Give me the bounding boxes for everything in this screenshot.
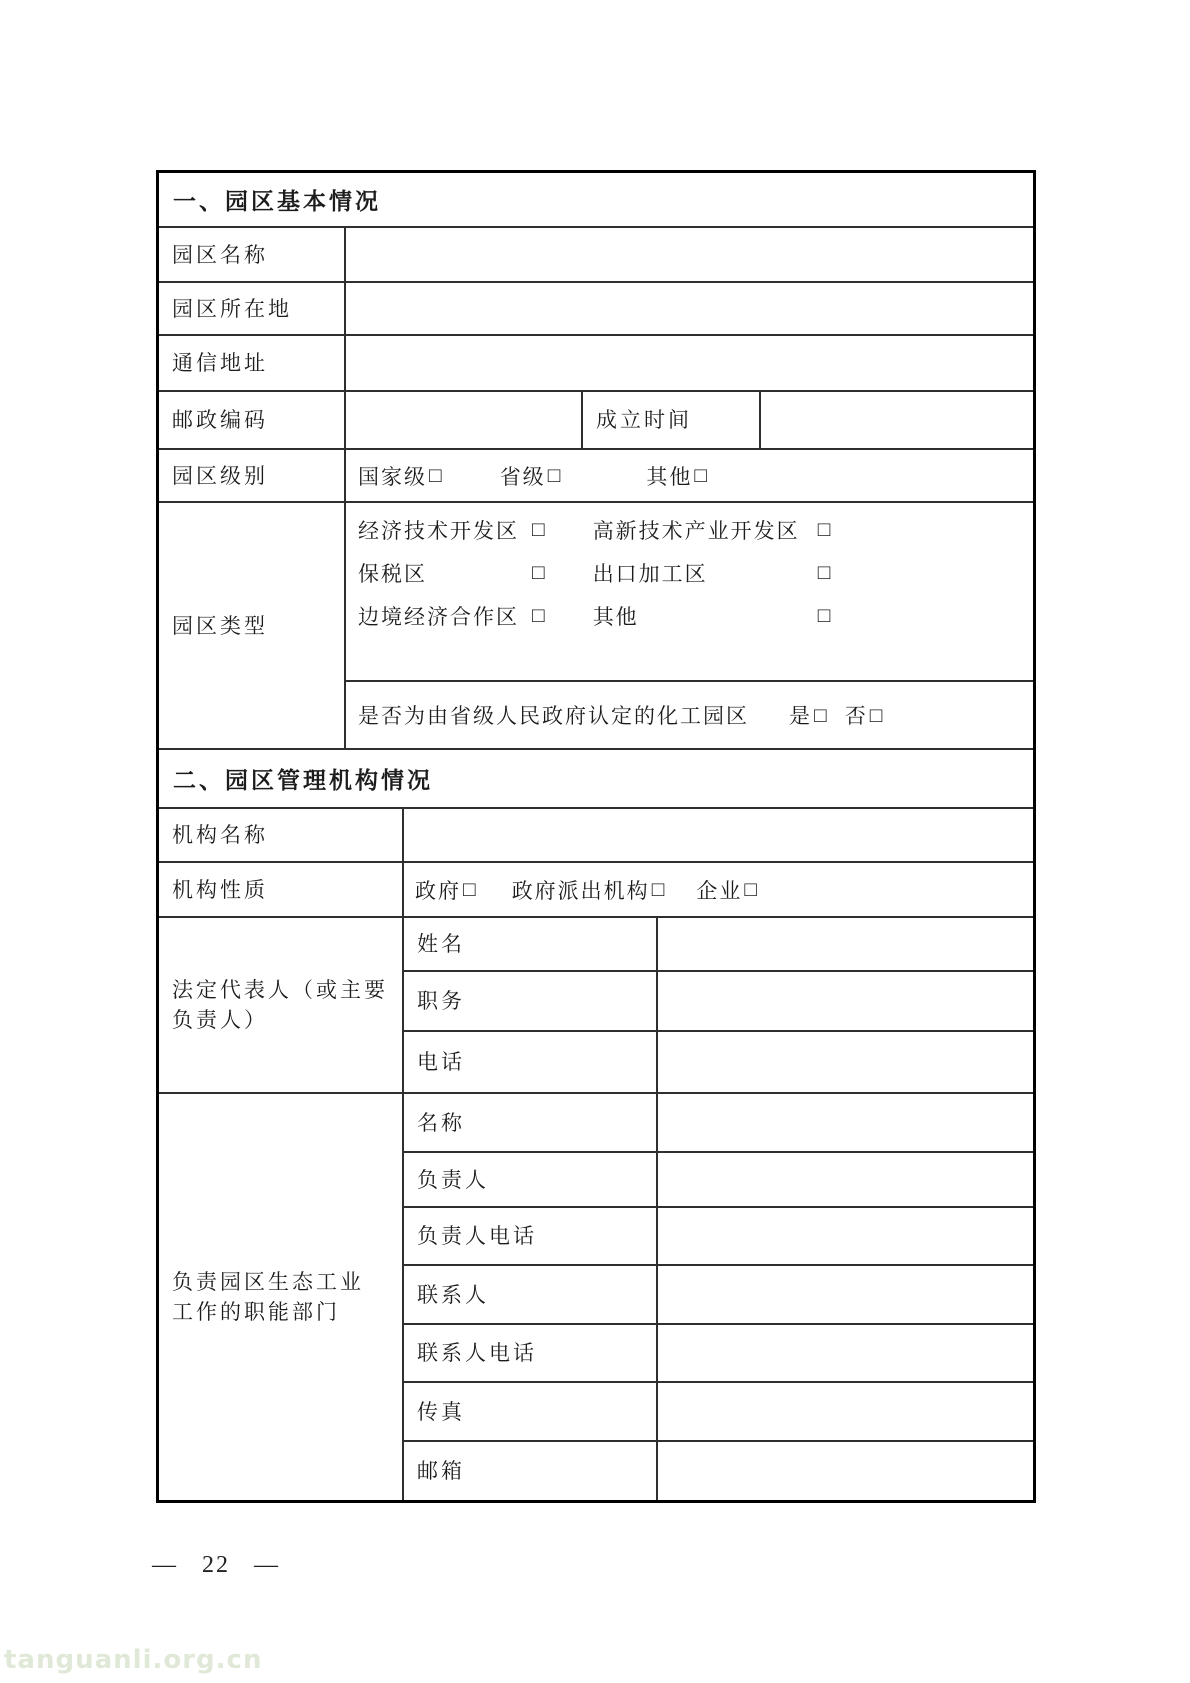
subrow-dept-name: 名称 — [404, 1094, 1033, 1153]
input-established-date[interactable] — [761, 392, 1033, 448]
subrow-dept-contact: 联系人 — [404, 1266, 1033, 1325]
label-dept-fax: 传真 — [404, 1383, 658, 1440]
row-park-location: 园区所在地 — [159, 283, 1033, 336]
label-park-type: 园区类型 — [159, 503, 346, 748]
label-park-location: 园区所在地 — [159, 283, 346, 334]
subrow-dept-head-phone: 负责人电话 — [404, 1208, 1033, 1266]
park-type-line-1: 经济技术开发区□ 高新技术产业开发区□ — [346, 508, 1033, 551]
park-type-line-2: 保税区□ 出口加工区□ — [346, 551, 1033, 594]
subrow-dept-email: 邮箱 — [404, 1442, 1033, 1500]
option-label: 政府 — [415, 875, 461, 905]
checkbox-option-national[interactable]: 国家级□ — [358, 461, 442, 491]
input-park-name[interactable] — [346, 228, 1033, 281]
label-rep-phone: 电话 — [404, 1032, 658, 1092]
checkbox-icon[interactable]: □ — [652, 877, 665, 902]
checkbox-icon[interactable]: □ — [744, 877, 757, 902]
label-org-nature: 机构性质 — [159, 863, 404, 916]
option-label: 出口加工区 — [593, 558, 816, 588]
row-park-name: 园区名称 — [159, 228, 1033, 283]
row-postal-address: 通信地址 — [159, 336, 1033, 392]
subrow-rep-phone: 电话 — [404, 1032, 1033, 1092]
checkbox-icon[interactable]: □ — [818, 517, 831, 542]
park-type-checkbox-area: 经济技术开发区□ 高新技术产业开发区□ 保税区□ 出口加工区□ 边境经济合作区□… — [346, 503, 1033, 682]
input-park-location[interactable] — [346, 283, 1033, 334]
checkbox-icon[interactable]: □ — [463, 877, 476, 902]
row-park-type: 园区类型 经济技术开发区□ 高新技术产业开发区□ 保税区□ 出口加工区□ 边境经… — [159, 503, 1033, 750]
checkbox-icon[interactable]: □ — [548, 463, 561, 488]
checkbox-icon[interactable]: □ — [532, 517, 545, 542]
label-park-name: 园区名称 — [159, 228, 346, 281]
park-type-options: 经济技术开发区□ 高新技术产业开发区□ 保税区□ 出口加工区□ 边境经济合作区□… — [346, 503, 1033, 748]
input-dept-head[interactable] — [658, 1153, 1033, 1206]
input-postal-address[interactable] — [346, 336, 1033, 390]
checkbox-option-enterprise[interactable]: 企业□ — [696, 875, 757, 905]
checkbox-icon[interactable]: □ — [532, 603, 545, 628]
checkbox-option-other-level[interactable]: 其他□ — [646, 461, 707, 491]
subrow-rep-title: 职务 — [404, 972, 1033, 1031]
label-postal-code: 邮政编码 — [159, 392, 346, 448]
subrow-dept-head: 负责人 — [404, 1153, 1033, 1208]
row-park-level: 园区级别 国家级□ 省级□ 其他□ — [159, 450, 1033, 503]
label-dept-name: 名称 — [404, 1094, 658, 1151]
label-text: 法定代表人（或主要负责人） — [172, 975, 400, 1035]
option-label: 其他 — [593, 601, 816, 631]
subrow-dept-fax: 传真 — [404, 1383, 1033, 1442]
label-rep-title: 职务 — [404, 972, 658, 1029]
option-label: 是 — [789, 700, 812, 730]
label-dept-contact: 联系人 — [404, 1266, 658, 1323]
row-legal-rep: 法定代表人（或主要负责人） 姓名 职务 电话 — [159, 918, 1033, 1094]
checkbox-icon[interactable]: □ — [818, 560, 831, 585]
input-postal-code[interactable] — [346, 392, 583, 448]
label-established-date: 成立时间 — [583, 392, 761, 448]
input-dept-fax[interactable] — [658, 1383, 1033, 1440]
checkbox-icon[interactable]: □ — [870, 703, 883, 728]
checkbox-icon[interactable]: □ — [818, 603, 831, 628]
input-dept-email[interactable] — [658, 1442, 1033, 1500]
option-label: 保税区 — [358, 558, 530, 588]
watermark: tanguanli.org.cn — [4, 1645, 262, 1675]
option-label: 经济技术开发区 — [358, 515, 530, 545]
label-text: 负责园区生态工业工作的职能部门 — [172, 1267, 374, 1327]
label-park-level: 园区级别 — [159, 450, 346, 501]
chemical-park-question: 是否为由省级人民政府认定的化工园区 — [358, 700, 749, 730]
label-dept-head-phone: 负责人电话 — [404, 1208, 658, 1264]
row-postal-code: 邮政编码 成立时间 — [159, 392, 1033, 450]
input-dept-head-phone[interactable] — [658, 1208, 1033, 1264]
input-rep-title[interactable] — [658, 972, 1033, 1029]
option-label: 边境经济合作区 — [358, 601, 530, 631]
label-legal-rep: 法定代表人（或主要负责人） — [159, 918, 404, 1092]
input-dept-name[interactable] — [658, 1094, 1033, 1151]
checkbox-icon[interactable]: □ — [694, 463, 707, 488]
legal-rep-fields: 姓名 职务 电话 — [404, 918, 1033, 1092]
row-dept: 负责园区生态工业工作的职能部门 名称 负责人 负责人电话 联系人 联系人电话 — [159, 1094, 1033, 1500]
checkbox-option-gov-agency[interactable]: 政府派出机构□ — [512, 875, 665, 905]
checkbox-option-provincial[interactable]: 省级□ — [500, 461, 561, 491]
section1-title: 一、园区基本情况 — [159, 173, 1033, 228]
dept-fields: 名称 负责人 负责人电话 联系人 联系人电话 传真 — [404, 1094, 1033, 1500]
checkbox-icon[interactable]: □ — [532, 560, 545, 585]
input-dept-contact-phone[interactable] — [658, 1325, 1033, 1381]
chemical-park-row: 是否为由省级人民政府认定的化工园区 是□ 否□ — [346, 682, 1033, 748]
park-level-options: 国家级□ 省级□ 其他□ — [346, 450, 1033, 501]
input-dept-contact[interactable] — [658, 1266, 1033, 1323]
label-dept-contact-phone: 联系人电话 — [404, 1325, 658, 1381]
row-org-name: 机构名称 — [159, 809, 1033, 863]
org-nature-options: 政府□ 政府派出机构□ 企业□ — [404, 863, 1033, 916]
checkbox-icon[interactable]: □ — [814, 703, 827, 728]
option-label: 省级 — [500, 461, 546, 491]
label-org-name: 机构名称 — [159, 809, 404, 861]
form-table: 一、园区基本情况 园区名称 园区所在地 通信地址 邮政编码 成立时间 园区级别 … — [156, 170, 1036, 1503]
input-rep-name[interactable] — [658, 918, 1033, 970]
option-label: 国家级 — [358, 461, 427, 491]
label-dept-email: 邮箱 — [404, 1442, 658, 1500]
row-org-nature: 机构性质 政府□ 政府派出机构□ 企业□ — [159, 863, 1033, 918]
option-label: 其他 — [646, 461, 692, 491]
checkbox-option-no[interactable]: 否□ — [845, 700, 883, 730]
section2-title: 二、园区管理机构情况 — [159, 750, 1033, 809]
subrow-dept-contact-phone: 联系人电话 — [404, 1325, 1033, 1383]
checkbox-option-government[interactable]: 政府□ — [415, 875, 476, 905]
label-rep-name: 姓名 — [404, 918, 658, 970]
input-org-name[interactable] — [404, 809, 1033, 861]
option-label: 政府派出机构 — [512, 875, 650, 905]
option-label: 否 — [845, 700, 868, 730]
option-label: 高新技术产业开发区 — [593, 515, 816, 545]
subrow-rep-name: 姓名 — [404, 918, 1033, 972]
page-number: — 22 — — [152, 1552, 280, 1579]
label-postal-address: 通信地址 — [159, 336, 346, 390]
option-label: 企业 — [696, 875, 742, 905]
label-dept: 负责园区生态工业工作的职能部门 — [159, 1094, 404, 1500]
checkbox-icon[interactable]: □ — [429, 463, 442, 488]
label-dept-head: 负责人 — [404, 1153, 658, 1206]
park-type-line-3: 边境经济合作区□ 其他□ — [346, 594, 1033, 637]
input-rep-phone[interactable] — [658, 1032, 1033, 1092]
checkbox-option-yes[interactable]: 是□ — [789, 700, 827, 730]
